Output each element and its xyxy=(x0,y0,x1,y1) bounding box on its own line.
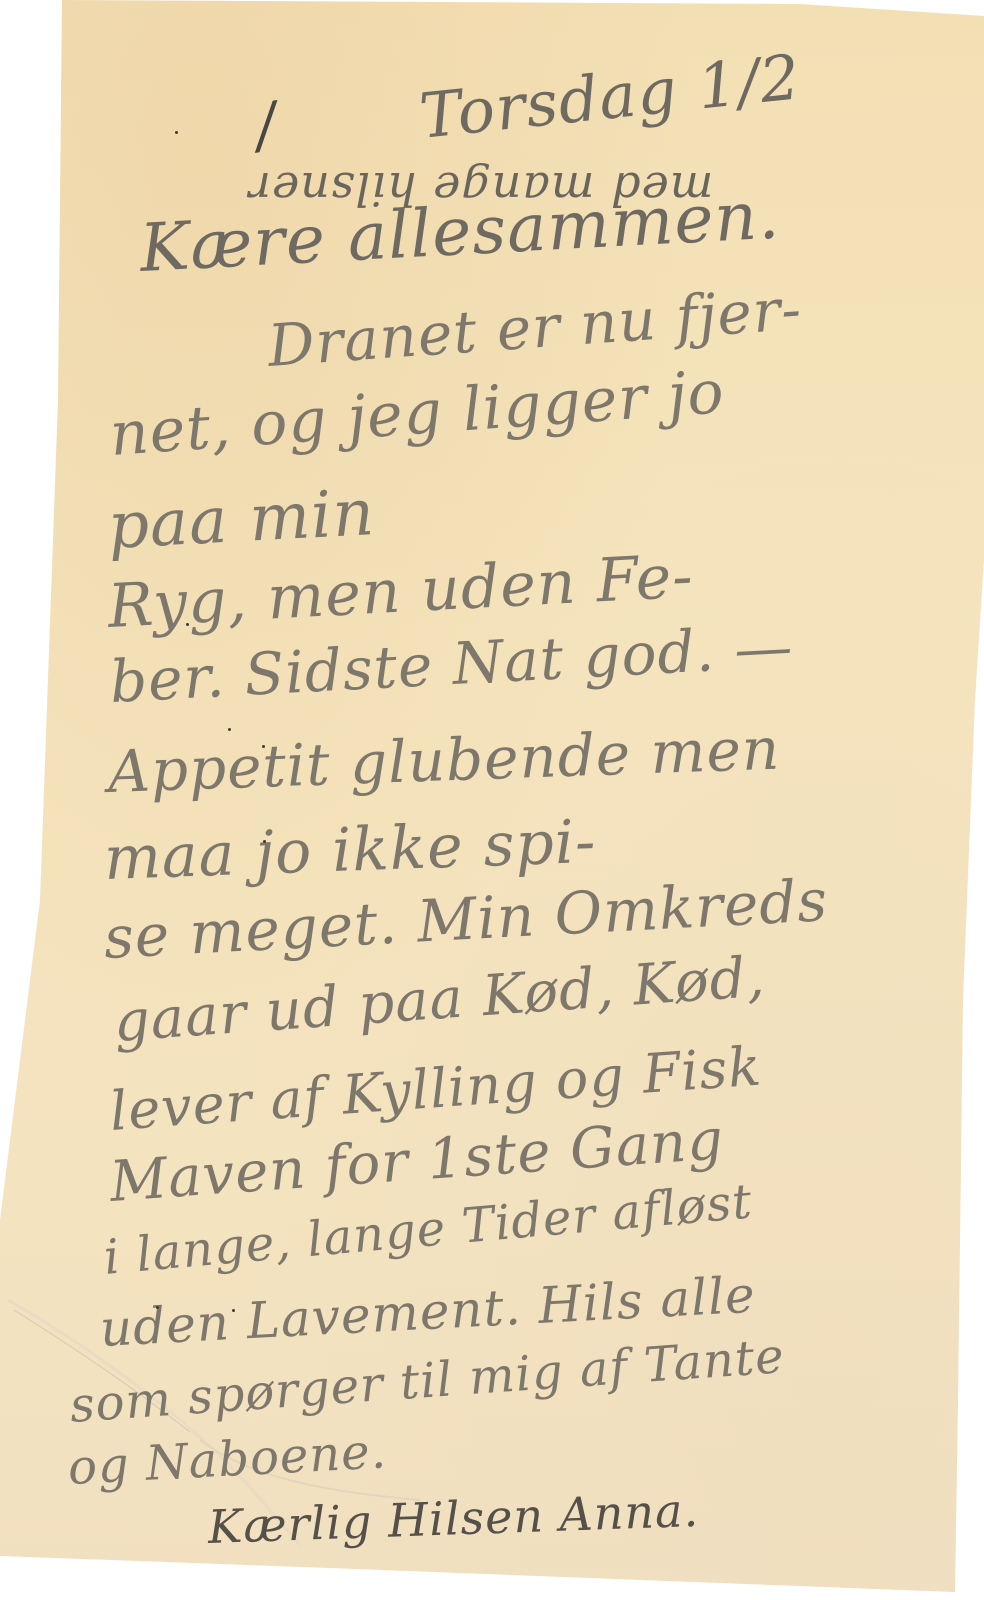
ink-speck xyxy=(228,728,231,731)
ink-speck xyxy=(262,745,265,748)
ink-speck xyxy=(263,840,266,843)
body-line-3: paa min xyxy=(106,476,377,564)
scan-canvas: / Torsdag 1/2 med mange hilsner Kære all… xyxy=(0,0,984,1600)
ink-speck xyxy=(232,1309,235,1312)
ink-speck xyxy=(186,623,189,626)
ink-speck xyxy=(175,131,178,134)
ink-speck xyxy=(156,1306,159,1309)
